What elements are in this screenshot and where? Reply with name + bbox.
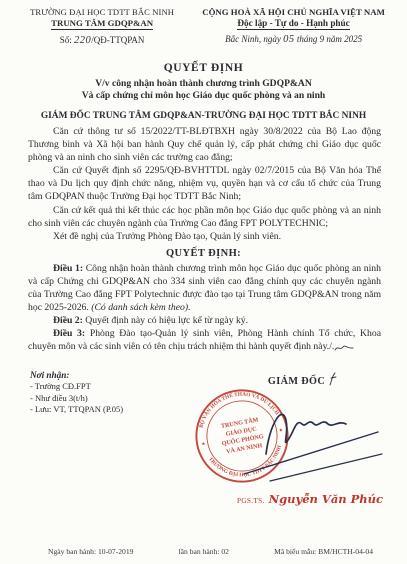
attachment-note: (Có danh sách kèm theo). bbox=[91, 302, 190, 313]
decision-heading: QUYẾT ĐỊNH: bbox=[0, 248, 407, 259]
footer-form-code: Mã biểu mẫu: BM/HCTH-04-04 bbox=[274, 547, 373, 556]
article-2-label: Điều 2: bbox=[53, 315, 83, 326]
country-title: CỘNG HOÀ XÃ HỘI CHỦ NGHĨA VIỆT NAM bbox=[190, 7, 397, 17]
recipient-item: - Trường CĐ.FPT bbox=[30, 381, 123, 393]
article-1: Điều 1: Công nhận hoàn thành chương trìn… bbox=[28, 262, 381, 314]
recipient-item: - Như điều 3(t/h) bbox=[30, 393, 123, 405]
article-1-label: Điều 1: bbox=[53, 263, 83, 274]
recipients-title: Nơi nhận: bbox=[30, 370, 123, 382]
handwritten-signature bbox=[240, 382, 390, 486]
motto: Độc lập - Tự do - Hạnh phúc bbox=[190, 18, 397, 28]
preamble-paragraph: Căn cứ thông tư số 15/2022/TT-BLĐTBXH ng… bbox=[28, 125, 381, 164]
handwritten-number: 220 bbox=[74, 35, 91, 46]
signature-ink-icon bbox=[240, 382, 390, 486]
handwritten-mark-icon bbox=[334, 343, 354, 352]
articles-section: Điều 1: Công nhận hoàn thành chương trìn… bbox=[28, 262, 381, 354]
issuing-org-block: TRƯỜNG ĐẠI HỌC TDTT BẮC NINH TRUNG TÂM G… bbox=[14, 7, 190, 46]
document-title: QUYẾT ĐỊNH bbox=[0, 62, 407, 74]
recipient-item: - Lưu: VT, TTQPAN (P.05) bbox=[30, 404, 123, 416]
preamble-paragraph: Căn cứ kết quả thi kết thúc các học phần… bbox=[28, 204, 381, 230]
preamble-section: Căn cứ thông tư số 15/2022/TT-BLĐTBXH ng… bbox=[28, 125, 381, 243]
footer-issued-date: Ngày ban hành: 10-07-2019 bbox=[48, 547, 133, 556]
form-footer: Ngày ban hành: 10-07-2019 lần ban hành: … bbox=[0, 547, 407, 556]
subtitle-line-1: V/v công nhận hoàn thành chương trình GD… bbox=[0, 78, 407, 90]
place-date-line: Bắc Ninh, ngày 05 tháng 9 năm 2025 bbox=[190, 34, 397, 45]
article-3-label: Điều 3: bbox=[53, 328, 85, 339]
signer-title: PGS.TS. bbox=[237, 496, 265, 505]
footer-issue-number: lần ban hành: 02 bbox=[179, 547, 229, 556]
article-2: Điều 2: Quyết định này có hiệu lực kể từ… bbox=[28, 314, 381, 327]
recipients-block: Nơi nhận: - Trường CĐ.FPT - Như điều 3(t… bbox=[30, 370, 123, 416]
issuer-heading: GIÁM ĐỐC TRUNG TÂM GDQP&AN-TRƯỜNG ĐẠI HỌ… bbox=[0, 111, 407, 121]
center-name: TRUNG TÂM GDQP&AN bbox=[14, 18, 190, 28]
stamp-star-left: ★ bbox=[201, 440, 207, 447]
national-motto-block: CỘNG HOÀ XÃ HỘI CHỦ NGHĨA VIỆT NAM Độc l… bbox=[190, 7, 397, 46]
decision-document-page: TRƯỜNG ĐẠI HỌC TDTT BẮC NINH TRUNG TÂM G… bbox=[0, 0, 407, 564]
handwritten-day: 05 bbox=[283, 34, 295, 45]
article-3: Điều 3: Phòng Đào tạo-Quản lý sinh viên,… bbox=[28, 327, 381, 353]
document-header: TRƯỜNG ĐẠI HỌC TDTT BẮC NINH TRUNG TÂM G… bbox=[0, 0, 407, 46]
preamble-paragraph: Căn cứ Quyết định số 2295/QĐ-BVHTTDL ngà… bbox=[28, 164, 381, 203]
document-subtitle: V/v công nhận hoàn thành chương trình GD… bbox=[0, 78, 407, 101]
subtitle-line-2: Và cấp chứng chỉ môn học Giáo dục quốc p… bbox=[0, 90, 407, 102]
preamble-paragraph: Xét đề nghị của Trưởng Phòng Đào tạo, Qu… bbox=[28, 230, 381, 243]
signer-name: Nguyễn Văn Phúc bbox=[269, 492, 383, 506]
university-name: TRƯỜNG ĐẠI HỌC TDTT BẮC NINH bbox=[14, 7, 190, 17]
signer-name-line: PGS.TS. Nguyễn Văn Phúc bbox=[222, 490, 398, 508]
signature-section: Nơi nhận: - Trường CĐ.FPT - Như điều 3(t… bbox=[0, 360, 407, 528]
document-number: Số: 220/QĐ-TTQPAN bbox=[14, 35, 190, 46]
